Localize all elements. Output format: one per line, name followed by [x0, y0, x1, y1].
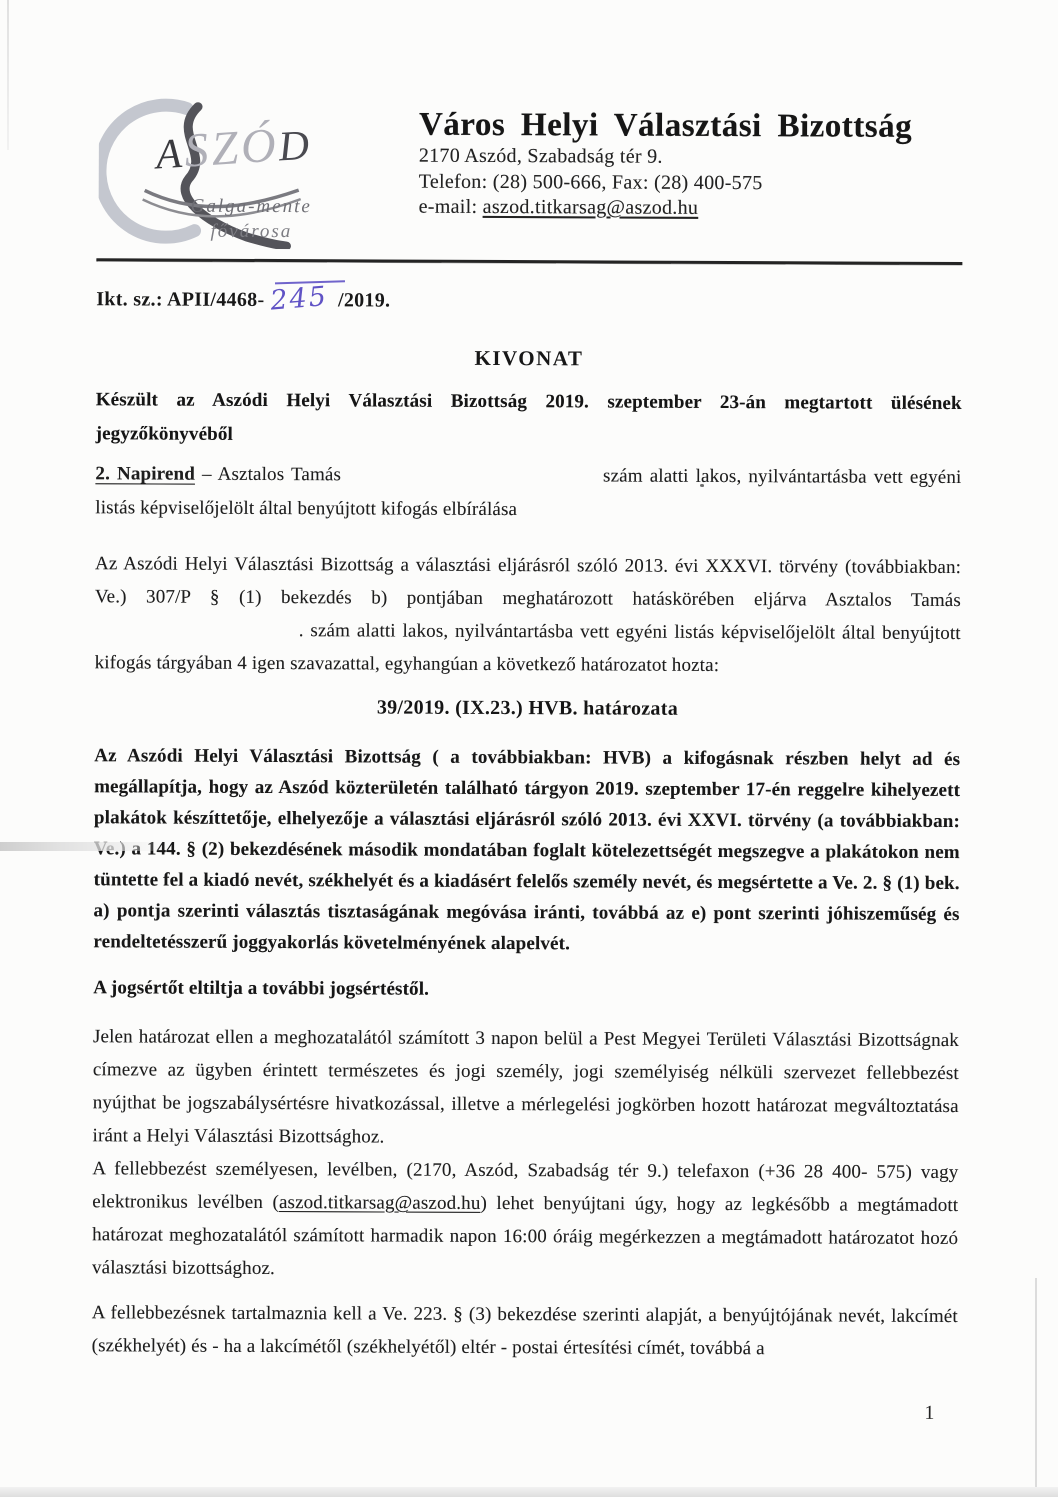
scanned-page: ASZÓD Galga-mente fővárosa Város Helyi V…: [0, 0, 1058, 1497]
agenda-name: – Asztalos Tamás: [195, 464, 341, 486]
agenda-paragraph: 2. Napirend – Asztalos Tamásszám alatti …: [95, 457, 961, 529]
preamble-paragraph: Az Aszódi Helyi Választási Bizottság a v…: [95, 547, 962, 683]
document-content: ASZÓD Galga-mente fővárosa Város Helyi V…: [92, 98, 964, 1366]
redaction-gap: [341, 480, 603, 481]
appeal-paragraph-2: A fellebbezést személyesen, levélben, (2…: [92, 1152, 959, 1288]
header-divider: [96, 258, 962, 265]
preamble-part1: Az Aszódi Helyi Választási Bizottság a v…: [95, 553, 961, 611]
org-address: 2170 Aszód, Szabadság tér 9.: [419, 144, 963, 172]
redaction-gap: [95, 635, 299, 636]
intro-paragraph: Készült az Aszódi Helyi Választási Bizot…: [96, 383, 962, 455]
resolution-title: 39/2019. (IX.23.) HVB. határozata: [94, 695, 960, 722]
agenda-label: 2. Napirend: [95, 463, 195, 484]
logo-letters-szo: SZÓ: [183, 118, 281, 178]
preamble-part2: . szám alatti lakos, nyilvántartásba vet…: [95, 620, 961, 676]
reference-suffix: /2019.: [338, 289, 390, 311]
org-phone-fax: Telefon: (28) 500-666, Fax: (28) 400-575: [419, 169, 963, 197]
reference-prefix: Ikt. sz.: APII/4468-: [96, 288, 264, 311]
document-title: KIVONAT: [96, 344, 962, 373]
handwritten-number: 245: [263, 280, 339, 317]
aszod-city-logo-icon: ASZÓD Galga-mente fővárosa: [98, 98, 389, 249]
appeal-email: aszod.titkarsag@aszod.hu: [279, 1192, 481, 1214]
logo-letter-d: D: [276, 122, 313, 170]
logo-letter-a: A: [151, 131, 186, 179]
resolution-body: Az Aszódi Helyi Választási Bizottság ( a…: [93, 740, 960, 961]
letterhead: ASZÓD Galga-mente fővárosa Város Helyi V…: [96, 98, 963, 252]
page-number: 1: [924, 1402, 934, 1425]
svg-text:ASZÓD: ASZÓD: [151, 115, 314, 179]
prohibition-statement: A jogsértőt eltiltja a további jogsértés…: [93, 971, 959, 1008]
org-email: aszod.titkarsag@aszod.hu: [483, 196, 699, 219]
reference-number-line: Ikt. sz.: APII/4468-245/2019.: [96, 281, 962, 316]
org-title: Város Helyi Választási Bizottság: [419, 106, 963, 146]
logo-tagline-line2: fővárosa: [210, 221, 292, 242]
org-email-line: e-mail: aszod.titkarsag@aszod.hu: [419, 195, 963, 223]
appeal-section: Jelen határozat ellen a meghozatalától s…: [92, 1020, 959, 1288]
logo-tagline-line1: Galga-mente: [191, 196, 312, 218]
org-info-block: Város Helyi Választási Bizottság 2170 As…: [419, 106, 963, 223]
scan-skew-wrapper: ASZÓD Galga-mente fővárosa Város Helyi V…: [0, 0, 1058, 1497]
appeal-requirements-paragraph: A fellebbezésnek tartalmaznia kell a Ve.…: [92, 1296, 958, 1366]
appeal-paragraph-1: Jelen határozat ellen a meghozatalától s…: [92, 1020, 959, 1156]
org-email-label: e-mail:: [419, 196, 483, 218]
